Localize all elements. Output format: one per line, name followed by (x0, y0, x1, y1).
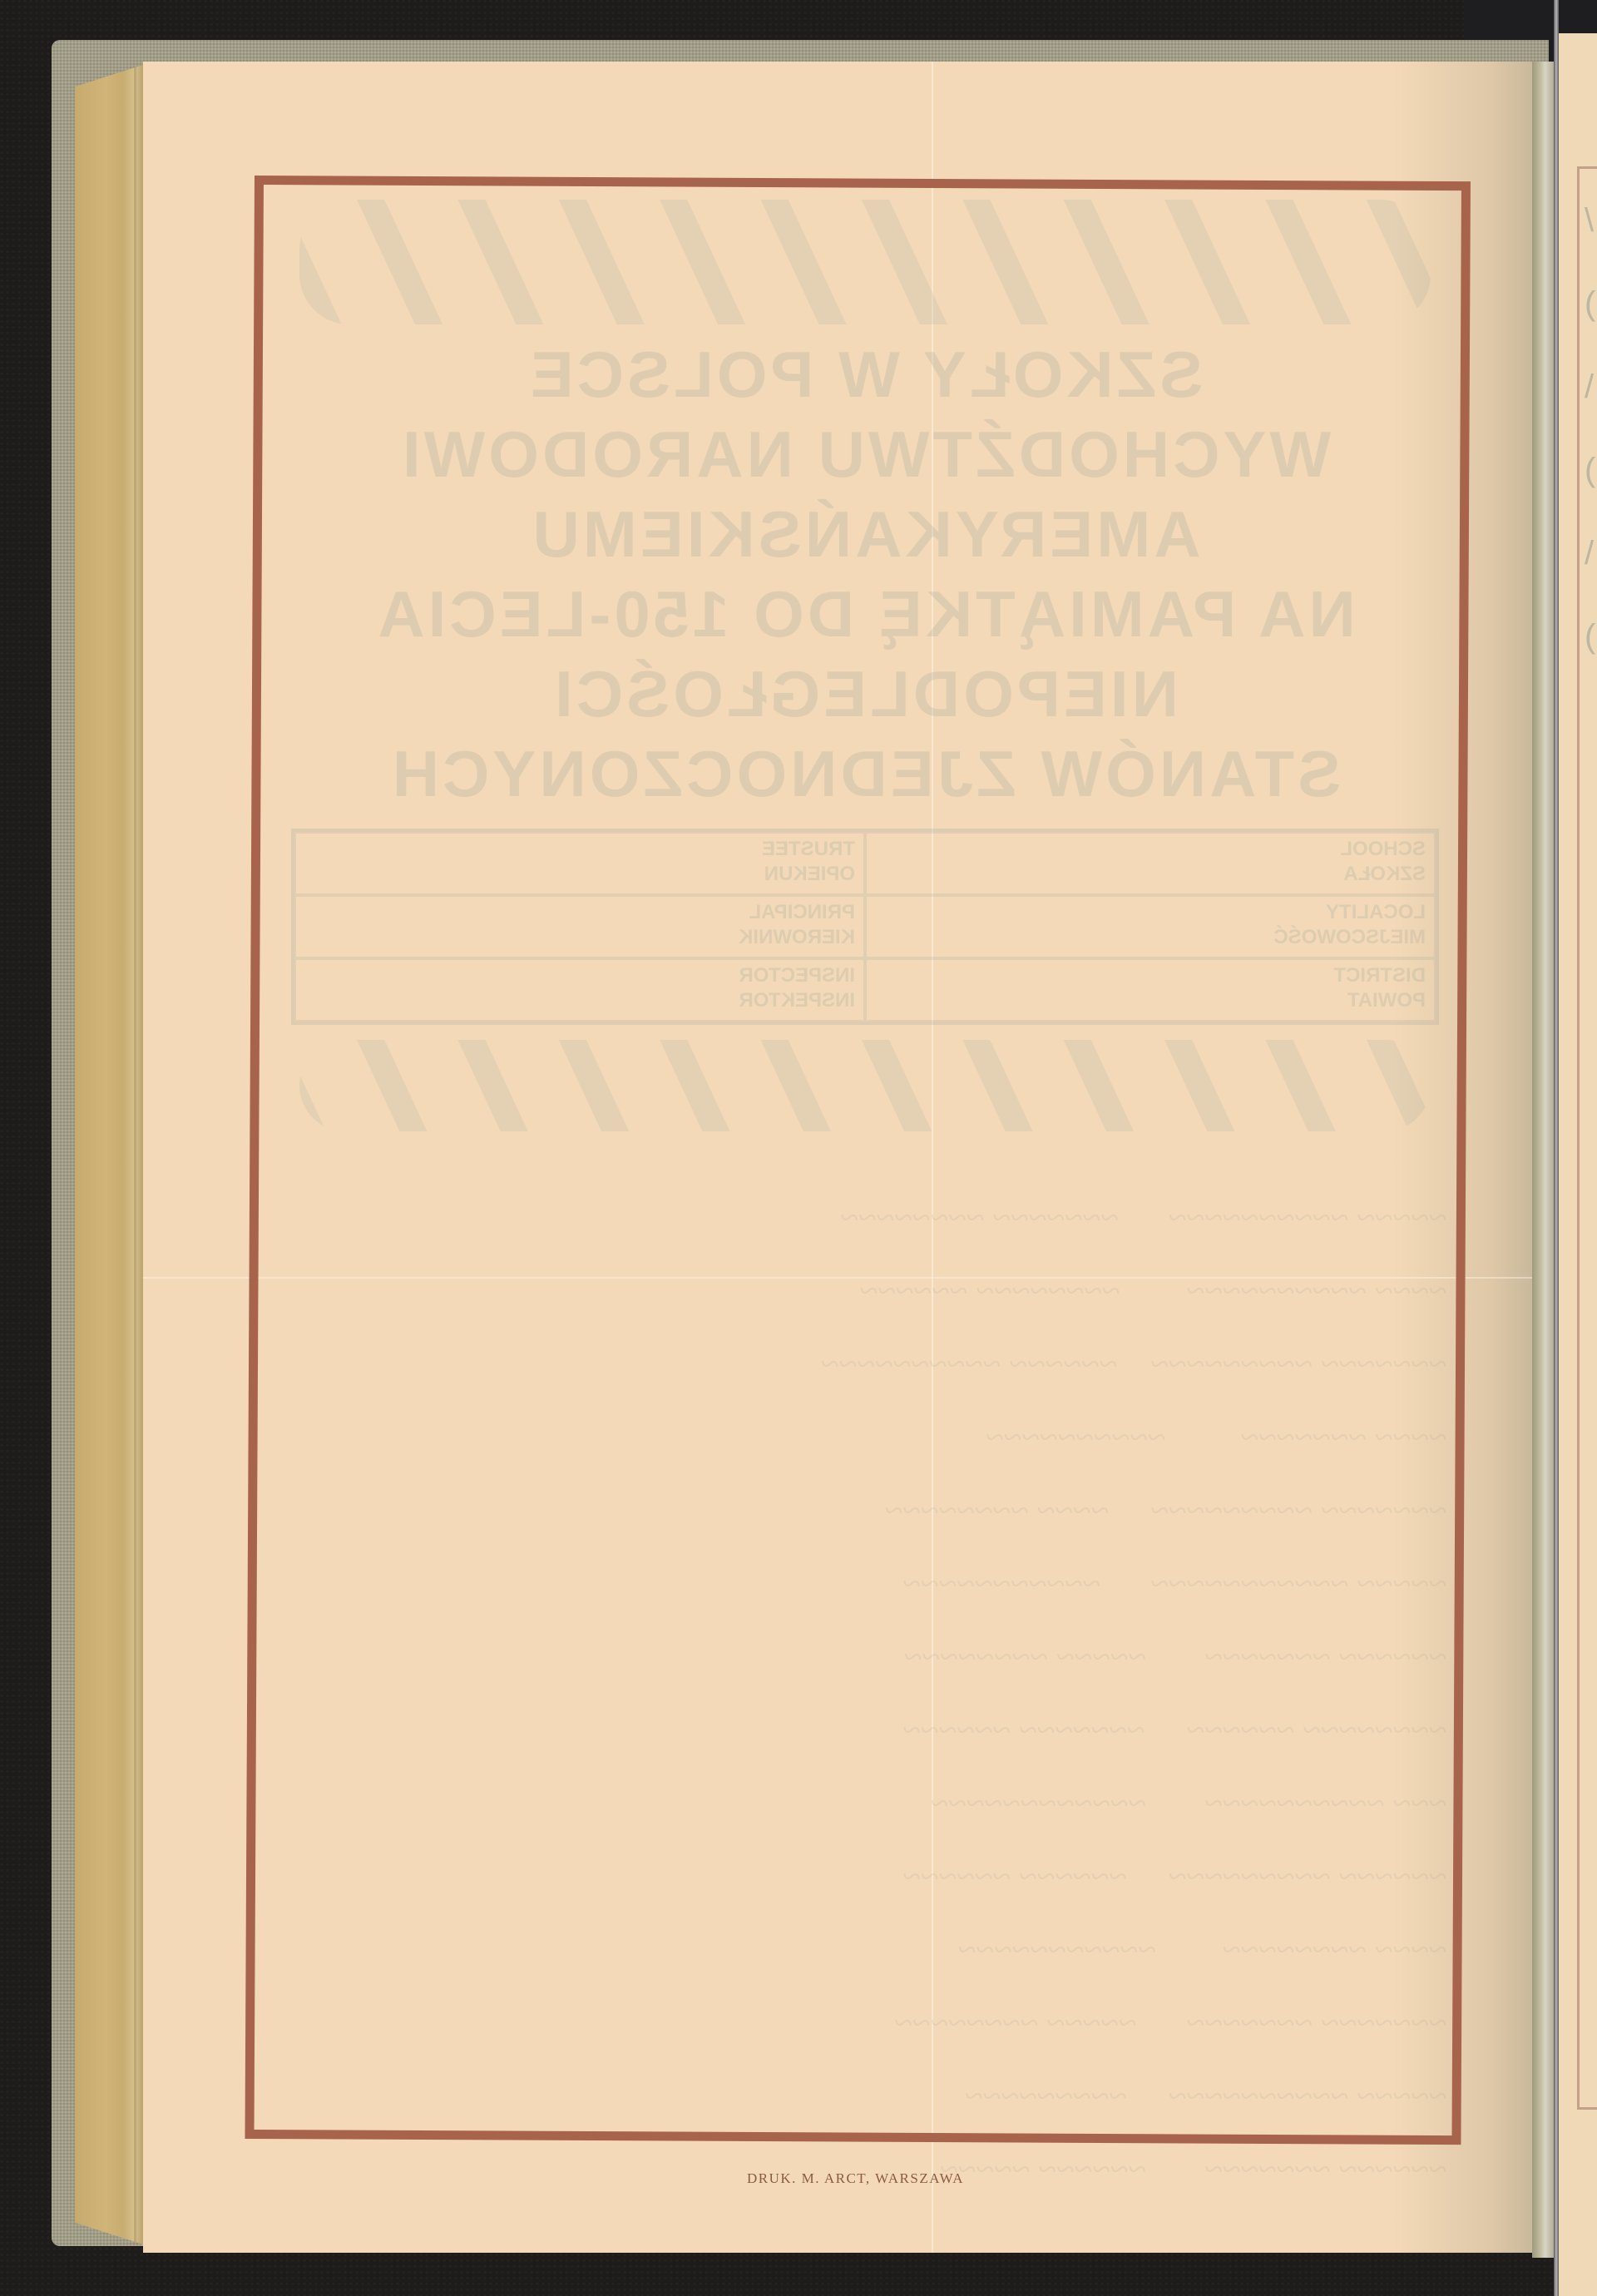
book-gutter (1532, 62, 1555, 2258)
decorative-page-border (245, 176, 1471, 2145)
spine-edge (1554, 0, 1559, 2296)
facing-page-ornament-icon: \ (1585, 191, 1597, 250)
printer-imprint: DRUK. M. ARCT, WARSZAWA (747, 2170, 964, 2187)
facing-page-ornament-icon: ( (1585, 607, 1597, 666)
facing-page-ornament-icon: / (1585, 524, 1597, 582)
facing-page-ornament-icon: ( (1585, 275, 1597, 333)
facing-page-ornament-icon: / (1585, 358, 1597, 416)
page-edge-stack (75, 65, 143, 2244)
facing-page-ornament-icon: ( (1585, 441, 1597, 499)
